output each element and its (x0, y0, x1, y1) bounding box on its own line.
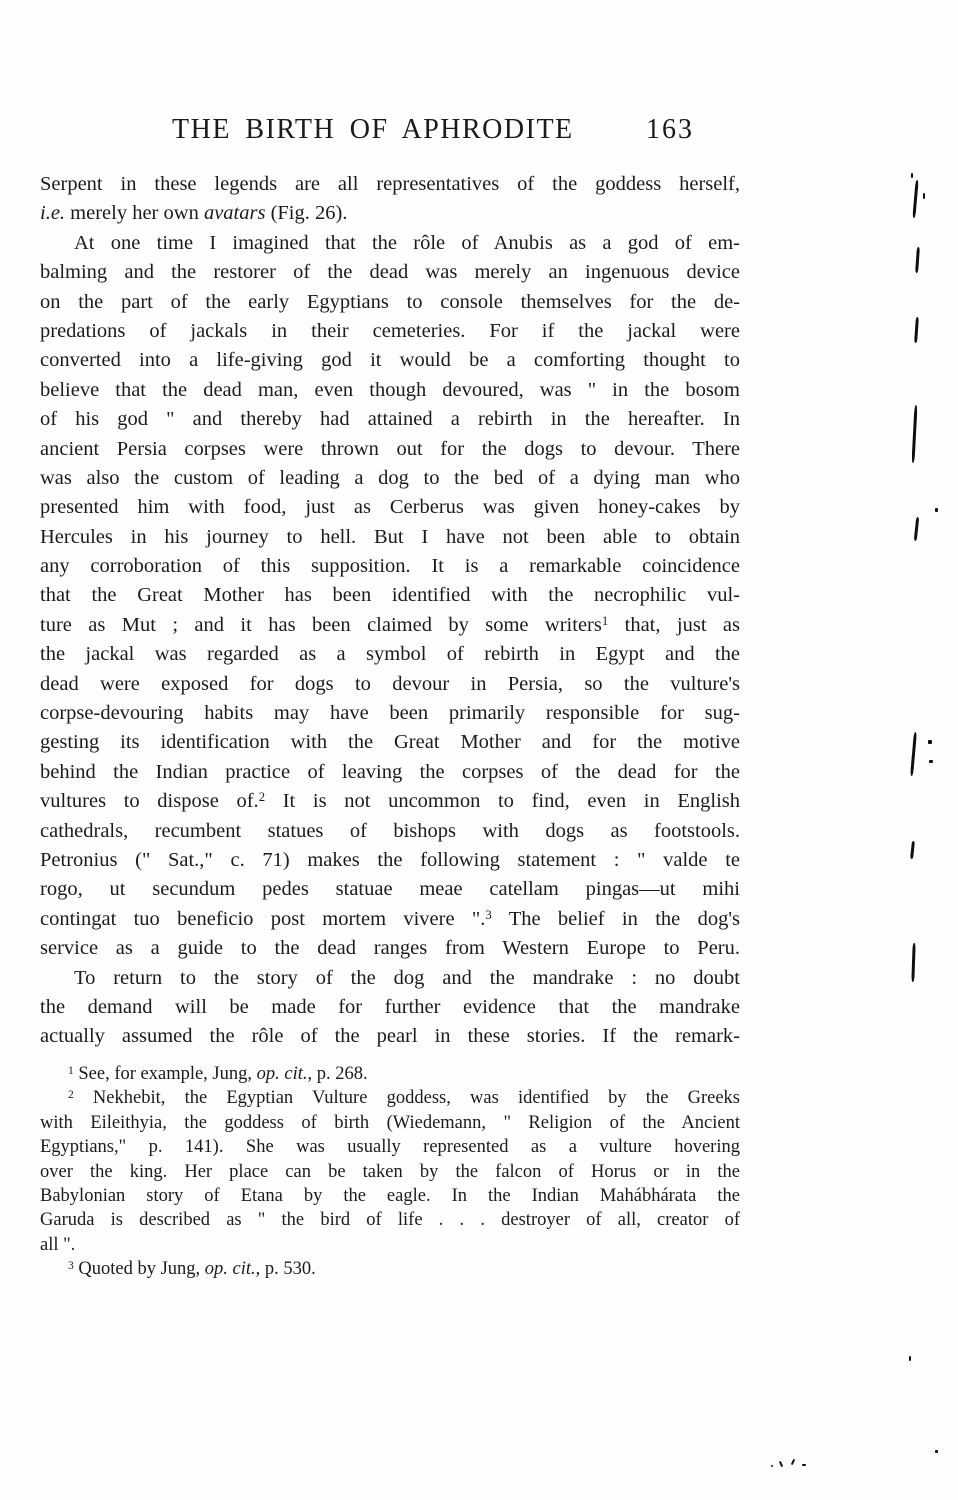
body-line: Petronius (" Sat.," c. 71) makes the fol… (40, 846, 740, 875)
body-line: any corroboration of this supposition. I… (40, 552, 740, 581)
body-line: the jackal was regarded as a symbol of r… (40, 640, 740, 669)
scan-artifact (915, 247, 920, 273)
body-line: was also the custom of leading a dog to … (40, 464, 740, 493)
scan-artifact (912, 180, 918, 218)
footnote-marker-2: 2 (68, 1089, 74, 1101)
body-line: of his god " and thereby had attained a … (40, 405, 740, 434)
body-line: dead were exposed for dogs to devour in … (40, 670, 740, 699)
body-line: on the part of the early Egyptians to co… (40, 288, 740, 317)
body-line: predations of jackals in their cemeterie… (40, 317, 740, 346)
scan-artifact (935, 508, 938, 512)
footnote-line: with Eileithyia, the goddess of birth (W… (40, 1111, 740, 1135)
footnote-line: over the king. Her place can be taken by… (40, 1160, 740, 1184)
text-segment: Nekhebit, the Egyptian Vulture goddess, … (74, 1088, 740, 1108)
body-line: At one time I imagined that the rôle of … (40, 229, 740, 258)
page-header-title: THE BIRTH OF APHRODITE (172, 114, 574, 146)
body-line: corpse-devouring habits may have been pr… (40, 699, 740, 728)
body-line: cathedrals, recumbent statues of bishops… (40, 817, 740, 846)
body-line: i.e. merely her own avatars (Fig. 26). (40, 199, 740, 228)
body-line: behind the Indian practice of leaving th… (40, 758, 740, 787)
body-line: ancient Persia corpses were thrown out f… (40, 435, 740, 464)
text-segment: ture as Mut ; and it has been claimed by… (40, 614, 602, 636)
scan-artifact (910, 732, 917, 776)
body-line: that the Great Mother has been identifie… (40, 581, 740, 610)
scan-artifact (928, 740, 932, 744)
footnotes: 1 See, for example, Jung, op. cit., p. 2… (40, 1062, 740, 1282)
footnote-line: 3 Quoted by Jung, op. cit., p. 530. (40, 1257, 740, 1281)
body-line: To return to the story of the dog and th… (40, 964, 740, 993)
text-segment: See, for example, Jung, (74, 1064, 257, 1084)
footnote-marker-1: 1 (68, 1065, 74, 1077)
footnote-line: 2 Nekhebit, the Egyptian Vulture goddess… (40, 1086, 740, 1110)
scan-artifact (909, 1356, 911, 1361)
footnote-line: Garuda is described as " the bird of lif… (40, 1208, 740, 1232)
text-segment: that, just as (608, 614, 740, 636)
scan-artifact (914, 317, 919, 343)
scan-artifact (929, 760, 933, 763)
body-line: believe that the dead man, even though d… (40, 376, 740, 405)
footnote-line: Egyptians," p. 141). She was usually rep… (40, 1135, 740, 1159)
page-number: 163 (646, 114, 694, 146)
body-line: converted into a life-giving god it woul… (40, 346, 740, 375)
body-line: presented him with food, just as Cerberu… (40, 493, 740, 522)
scan-artifact (771, 1465, 773, 1467)
body-line: the demand will be made for further evid… (40, 993, 740, 1022)
footnote-line: Babylonian story of Etana by the eagle. … (40, 1184, 740, 1208)
body-line: service as a guide to the dead ranges fr… (40, 934, 740, 963)
text-segment: The belief in the dog's (492, 908, 740, 930)
footnote-ref-1: 1 (602, 614, 608, 628)
text-segment: i.e. (40, 202, 65, 224)
body-line: Hercules in his journey to hell. But I h… (40, 523, 740, 552)
scan-artifact (791, 1459, 795, 1465)
footnote-ref-3: 3 (485, 908, 491, 922)
scan-artifact (914, 517, 919, 541)
body-line: balming and the restorer of the dead was… (40, 258, 740, 287)
scanned-book-page: THE BIRTH OF APHRODITE 163 Serpent in th… (0, 0, 958, 1500)
footnote-line: all ". (40, 1233, 740, 1257)
body-line: rogo, ut secundum pedes statuae meae cat… (40, 875, 740, 904)
scan-artifact (935, 1450, 938, 1453)
body-line: gesting its identification with the Grea… (40, 728, 740, 757)
scan-artifact (911, 405, 917, 463)
text-segment: Quoted by Jung, (74, 1259, 205, 1279)
body-text: Serpent in these legends are all represe… (40, 170, 740, 1052)
page-header: THE BIRTH OF APHRODITE 163 (0, 0, 958, 160)
text-segment: (Fig. 26). (265, 202, 347, 224)
text-segment: , p. 268. (308, 1064, 368, 1084)
text-segment: contingat tuo beneficio post mortem vive… (40, 908, 485, 930)
footnote-ref-2: 2 (259, 790, 265, 804)
scan-artifact (910, 841, 915, 859)
text-segment: merely her own (65, 202, 204, 224)
scan-artifact (779, 1461, 783, 1467)
body-line: contingat tuo beneficio post mortem vive… (40, 905, 740, 934)
scan-artifact (802, 1464, 806, 1466)
body-line: Serpent in these legends are all represe… (40, 170, 740, 199)
footnote-marker-3: 3 (68, 1260, 74, 1272)
text-segment: , p. 530. (256, 1259, 316, 1279)
body-line: vultures to dispose of.2 It is not uncom… (40, 787, 740, 816)
text-segment: op. cit. (205, 1259, 256, 1279)
scan-artifact (911, 173, 913, 178)
footnote-line: 1 See, for example, Jung, op. cit., p. 2… (40, 1062, 740, 1086)
body-line: actually assumed the rôle of the pearl i… (40, 1022, 740, 1051)
text-segment: op. cit. (257, 1064, 308, 1084)
text-segment: avatars (204, 202, 266, 224)
scan-artifact (911, 943, 915, 982)
text-segment: It is not uncommon to find, even in Engl… (265, 790, 740, 812)
text-segment: vultures to dispose of. (40, 790, 259, 812)
body-line: ture as Mut ; and it has been claimed by… (40, 611, 740, 640)
scan-artifact (923, 193, 925, 199)
